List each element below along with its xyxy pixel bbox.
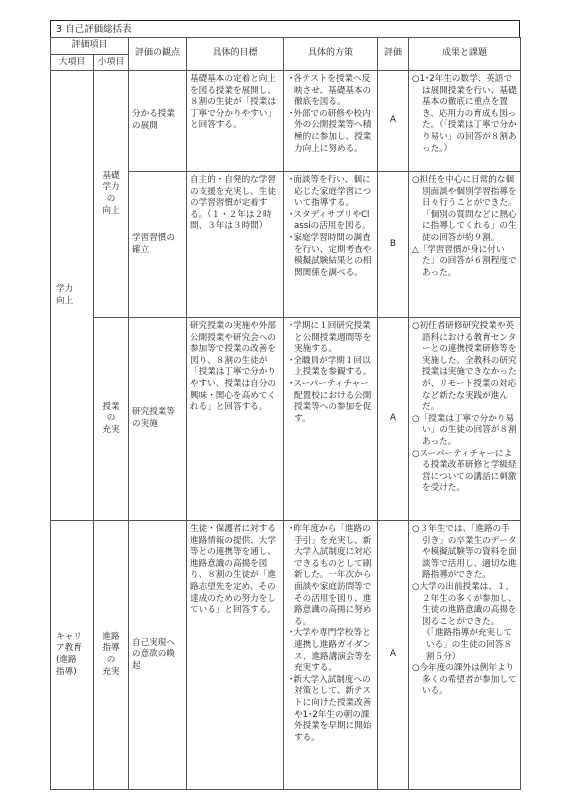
measures-cell: ･昨年度から「進路の手引」を充実し、新大学入試制度に対応できるものとして刷新した… (284, 521, 378, 790)
measure-item: ･全職員が学期１回以上授業を参観する。 (287, 356, 374, 379)
table-row: 授業 の 充実 研究授業等の実施 研究授業の実施や外部公開授業や研究会への参加等… (51, 318, 521, 521)
grade-cell: A (378, 318, 409, 521)
result-item: ○1･2年生の数学、英語では展開授業を行い、基礎基本の徹底に重点を置き、応用力の… (412, 74, 517, 155)
result-item: ○スーパーティチャーによる授業改革研修と学級経営についての講話に刺激を受けた。 (412, 449, 517, 495)
sheet-title: 3 自己評価総括表 (50, 20, 520, 37)
goal-cell: 基礎基本の定着と向上を図る授業を展開し、８割の生徒が「授業は丁寧で分かりやすい」… (187, 71, 284, 172)
major-item-academic: 学力 向上 (51, 71, 94, 521)
result-item: ○今年度の課外は例年より多くの希望者が参加している。 (412, 663, 517, 698)
measure-item: ･昨年度から「進路の手引」を充実し、新大学入試制度に対応できるものとして刷新した… (287, 524, 374, 628)
results-cell: ○担任を中心に日常的な個別面談や個別学習指導を日々行うことができた。「個別の質問… (409, 172, 521, 318)
header-specific-goal: 具体的目標 (187, 38, 284, 71)
viewpoint-cell: 研究授業等の実施 (129, 318, 187, 521)
result-item: （「進路指導が充実している」の生徒の回答８割５分） (412, 628, 517, 663)
measures-cell: ･各テストを授業へ反映させ、基礎基本の徹底を図る。 ･外部での研修や校内外の公開… (284, 71, 378, 172)
grade-cell: B (378, 172, 409, 318)
header-major-item: 大項目 (51, 55, 94, 71)
table-row: キャリ ア教育 (進路 指導) 進路 指導 の 充実 自己実現への意欲の喚起 生… (51, 521, 521, 790)
header-minor-item: 小項目 (94, 55, 129, 71)
header-evaluation-item: 評価項目 (51, 38, 129, 55)
measure-item: ･面談等を行い、個に応じた家庭学習について指導する。 (287, 175, 374, 210)
measures-cell: ･学期に１回研究授業と公開授業週間等を実施する。 ･全職員が学期１回以上授業を参… (284, 318, 378, 521)
result-item: △「学習習慣が身に付いた」の回答が６割程度であった。 (412, 245, 517, 280)
measure-item: ･スタディサプリやClassiの活用を図る。 (287, 210, 374, 233)
minor-item-career-guidance: 進路 指導 の 充実 (94, 521, 129, 790)
major-item-career: キャリ ア教育 (進路 指導) (51, 521, 94, 790)
measure-item: ･家庭学習時間の調査を行い、定期考査や模擬試験結果との相関関係を調べる。 (287, 233, 374, 279)
results-cell: ○３年生では、「進路の手引き」の卒業生のデータや模擬試験等の資料を面談等で活用し… (409, 521, 521, 790)
result-item: ○初任者研修研究授業や英語科における教育センターとの連携授業研修等を実施した。全… (412, 321, 517, 414)
result-item: ○「授業は丁寧で分かり易い」の生徒の回答が８割あった。 (412, 414, 517, 449)
header-viewpoint: 評価の観点 (129, 38, 187, 71)
header-grade: 評価 (378, 38, 409, 71)
result-item: ○大学の出前授業は、１，２年生の多くが参加し、生徒の進路意識の高揚を図ることがで… (412, 582, 517, 628)
grade-cell: A (378, 71, 409, 172)
results-cell: ○初任者研修研究授業や英語科における教育センターとの連携授業研修等を実施した。全… (409, 318, 521, 521)
minor-item-basic-ability: 基礎 学力 の 向上 (94, 71, 129, 318)
results-cell: ○1･2年生の数学、英語では展開授業を行い、基礎基本の徹底に重点を置き、応用力の… (409, 71, 521, 172)
result-item: ○担任を中心に日常的な個別面談や個別学習指導を日々行うことができた。「個別の質問… (412, 175, 517, 245)
header-specific-measures: 具体的方策 (284, 38, 378, 71)
viewpoint-cell: 分かる授業の展開 (129, 71, 187, 172)
table-row: 学力 向上 基礎 学力 の 向上 分かる授業の展開 基礎基本の定着と向上を図る授… (51, 71, 521, 172)
goal-cell: 自主的・自発的な学習の支援を充実し、生徒の学習習慣が定着する。（１・２年は２時間… (187, 172, 284, 318)
measure-item: ･新大学入試制度への対策として、新テストに向けた授業改善や1･2年生の朝の課外授… (287, 675, 374, 745)
measure-item: ･スーパーティチャー配置校における公開授業等への参加を促す。 (287, 379, 374, 425)
goal-cell: 生徒・保護者に対する進路情報の提供、大学等との連携等を通し、進路意識の高揚を図り… (187, 521, 284, 790)
viewpoint-cell: 自己実現への意欲の喚起 (129, 521, 187, 790)
minor-item-lesson-enrichment: 授業 の 充実 (94, 318, 129, 521)
grade-cell: A (378, 521, 409, 790)
measure-item: ･外部での研修や校内外の公開授業等へ積極的に参加し、授業力向上に努める。 (287, 109, 374, 155)
viewpoint-cell: 学習習慣の確立 (129, 172, 187, 318)
self-evaluation-table: 評価項目 評価の観点 具体的目標 具体的方策 評価 成果と課題 大項目 小項目 … (50, 37, 521, 790)
measures-cell: ･面談等を行い、個に応じた家庭学習について指導する。 ･スタディサプリやClas… (284, 172, 378, 318)
measure-item: ･大学や専門学校等と連携し進路ガイダンス、進路講演会等を充実する。 (287, 628, 374, 674)
measure-item: ･学期に１回研究授業と公開授業週間等を実施する。 (287, 321, 374, 356)
header-results-issues: 成果と課題 (409, 38, 521, 71)
self-evaluation-sheet: 3 自己評価総括表 評価項目 評価の観点 具体的目標 具体的方策 評価 成果と課… (50, 20, 520, 790)
measure-item: ･各テストを授業へ反映させ、基礎基本の徹底を図る。 (287, 74, 374, 109)
goal-cell: 研究授業の実施や外部公開授業や研究会への参加等で授業の改善を図り、８割の生徒が「… (187, 318, 284, 521)
result-item: ○３年生では、「進路の手引き」の卒業生のデータや模擬試験等の資料を面談等で活用し… (412, 524, 517, 582)
